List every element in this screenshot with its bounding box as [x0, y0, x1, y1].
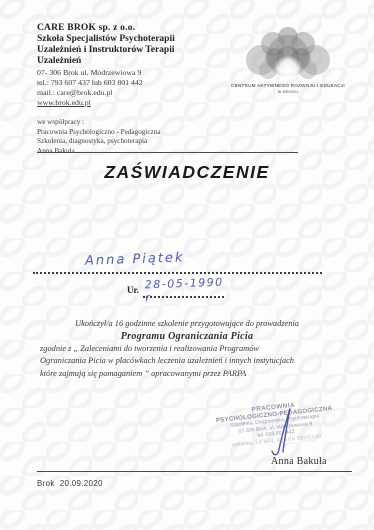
- body-line: zgodnie z „ Zaleceniami do tworzenia i r…: [0, 343, 374, 355]
- body-line: Ograniczania Picia w placówkach leczenia…: [0, 355, 374, 367]
- body-line: Ukończył/a 16 godzinne szkolenie przygot…: [0, 318, 374, 330]
- cooperation-block: we współpracy : Pracownia Psychologiczno…: [37, 118, 227, 156]
- cooperation-line: Szkolenia, diagnostyka, psychoterapia: [37, 137, 227, 147]
- cooperation-line: we współpracy :: [37, 118, 227, 128]
- phone-line: tel.: 793 607 437 lub 603 801 442: [37, 78, 227, 88]
- school-name-line: Uzależnień i Instruktorów Terapii: [37, 45, 227, 56]
- website-link[interactable]: www.brok.edu.pl: [37, 98, 227, 108]
- footer-divider: [37, 471, 352, 472]
- certificate-page: CARE BROK sp. z o.o. Szkoła Specjalistów…: [0, 0, 374, 530]
- handwritten-birth-date: 28-05-1990 r: [145, 276, 225, 305]
- handwritten-name: Anna Piątek: [85, 250, 185, 268]
- body-line: które zajmują się pomaganiem ” opracowan…: [0, 368, 374, 380]
- header-divider: [37, 152, 298, 153]
- email-line: mail.: care@brok.edu.pl: [37, 88, 227, 98]
- school-name-line: Szkoła Specjalistów Psychoterapii: [37, 34, 227, 45]
- cooperation-line: Pracownia Psychologiczno - Pedagogiczna: [37, 128, 227, 138]
- signatory-name: Anna Bakuła: [271, 456, 327, 467]
- birth-date-label: Ur.: [127, 285, 139, 295]
- certificate-title: ZAŚWIADCZENIE: [0, 162, 374, 183]
- logo: CENTRUM AKTYWNEGO ROZWOJU I EDUKACJI W B…: [218, 18, 358, 94]
- rubber-stamp: PRACOWNIA PSYCHOLOGICZNO-PEDAGOGICZNA Sz…: [203, 397, 346, 451]
- birth-date-dotted-line: 28-05-1990 r: [143, 277, 224, 298]
- program-name: Programu Ograniczania Picia: [0, 330, 374, 343]
- name-dotted-line: Anna Piątek: [33, 252, 322, 274]
- school-name-line: Uzależnień: [37, 56, 227, 67]
- place-and-date: Brok 20.09.2020: [37, 479, 103, 488]
- address-line: 07- 306 Brok ul. Modrzewiowa 9: [37, 68, 227, 78]
- logo-graphic: [218, 18, 358, 80]
- logo-caption-sub: W BROKU: [218, 89, 358, 94]
- company-name: CARE BROK sp. z o.o.: [37, 23, 227, 33]
- issuer-block: CARE BROK sp. z o.o. Szkoła Specjalistów…: [37, 23, 227, 156]
- logo-caption: CENTRUM AKTYWNEGO ROZWOJU I EDUKACJI: [218, 83, 358, 88]
- certificate-body: Ukończył/a 16 godzinne szkolenie przygot…: [0, 318, 374, 380]
